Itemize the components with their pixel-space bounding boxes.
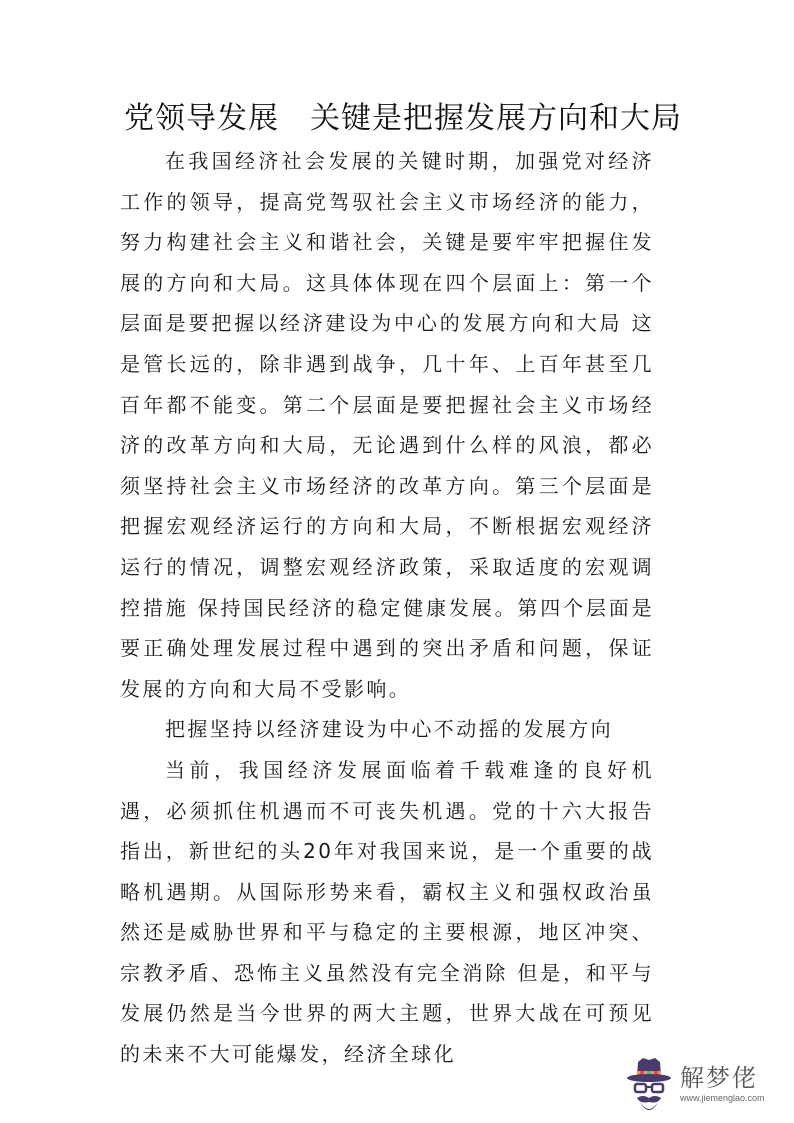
document-body: 在我国经济社会发展的关键时期，加强党对经济工作的领导，提高党驾驭社会主义市场经济…	[120, 141, 654, 1075]
watermark-url: www.jiemenglao.com	[680, 1092, 765, 1104]
paragraph-current-situation: 当前，我国经济发展面临着千载难逢的良好机遇，必须抓住机遇而不可丧失机遇。党的十六…	[120, 750, 654, 1075]
watermark: 解梦佬 www.jiemenglao.com	[624, 1052, 794, 1116]
paragraph-subheading: 把握坚持以经济建设为中心不动摇的发展方向	[120, 709, 654, 750]
paragraph-intro: 在我国经济社会发展的关键时期，加强党对经济工作的领导，提高党驾驭社会主义市场经济…	[120, 141, 654, 709]
watermark-brand-name: 解梦佬	[680, 1064, 765, 1092]
document-page: 党领导发展 关键是把握发展方向和大局 在我国经济社会发展的关键时期，加强党对经济…	[0, 0, 794, 1123]
hat-glasses-beard-logo-icon	[624, 1054, 674, 1114]
document-title: 党领导发展 关键是把握发展方向和大局	[0, 99, 794, 139]
